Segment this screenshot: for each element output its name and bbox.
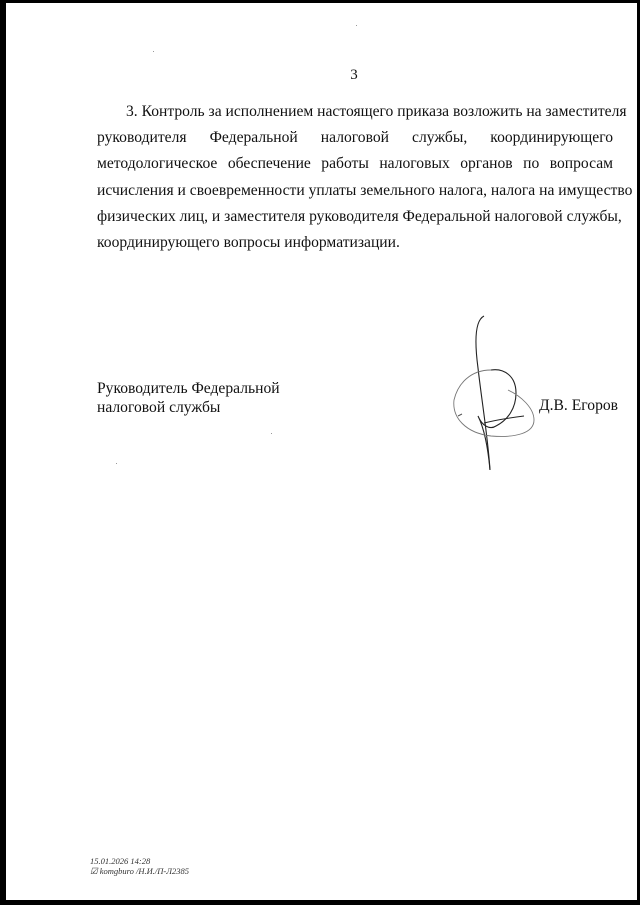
- paragraph-line: руководителя Федеральной налоговой служб…: [97, 125, 613, 151]
- signatory-position: Руководитель Федеральной налоговой служб…: [97, 379, 280, 417]
- stamp-registry: ☑ komgburo /Н.И./П-Л2385: [90, 866, 189, 876]
- position-line: Руководитель Федеральной: [97, 379, 280, 398]
- scan-speck: [153, 51, 154, 52]
- handwritten-signature-icon: [446, 308, 556, 478]
- stamp-timestamp: 15.01.2026 14:28: [90, 856, 189, 866]
- position-line: налоговой службы: [97, 398, 280, 417]
- signatory-name: Д.В. Егоров: [539, 397, 618, 415]
- paragraph-3: 3. Контроль за исполнением настоящего пр…: [97, 99, 613, 256]
- scan-speck: [356, 25, 357, 26]
- registration-stamp: 15.01.2026 14:28 ☑ komgburo /Н.И./П-Л238…: [90, 856, 189, 876]
- document-page: 3 3. Контроль за исполнением настоящего …: [6, 3, 637, 900]
- paragraph-line: исчисления и своевременности уплаты земе…: [97, 178, 613, 204]
- paragraph-line: 3. Контроль за исполнением настоящего пр…: [97, 99, 613, 125]
- paragraph-line: методологическое обеспечение работы нало…: [97, 151, 613, 177]
- paragraph-line: физических лиц, и заместителя руководите…: [97, 204, 613, 230]
- page-number: 3: [6, 67, 637, 84]
- scan-speck: [271, 433, 272, 434]
- paragraph-line: координирующего вопросы информатизации.: [97, 230, 613, 256]
- scan-speck: [116, 463, 117, 464]
